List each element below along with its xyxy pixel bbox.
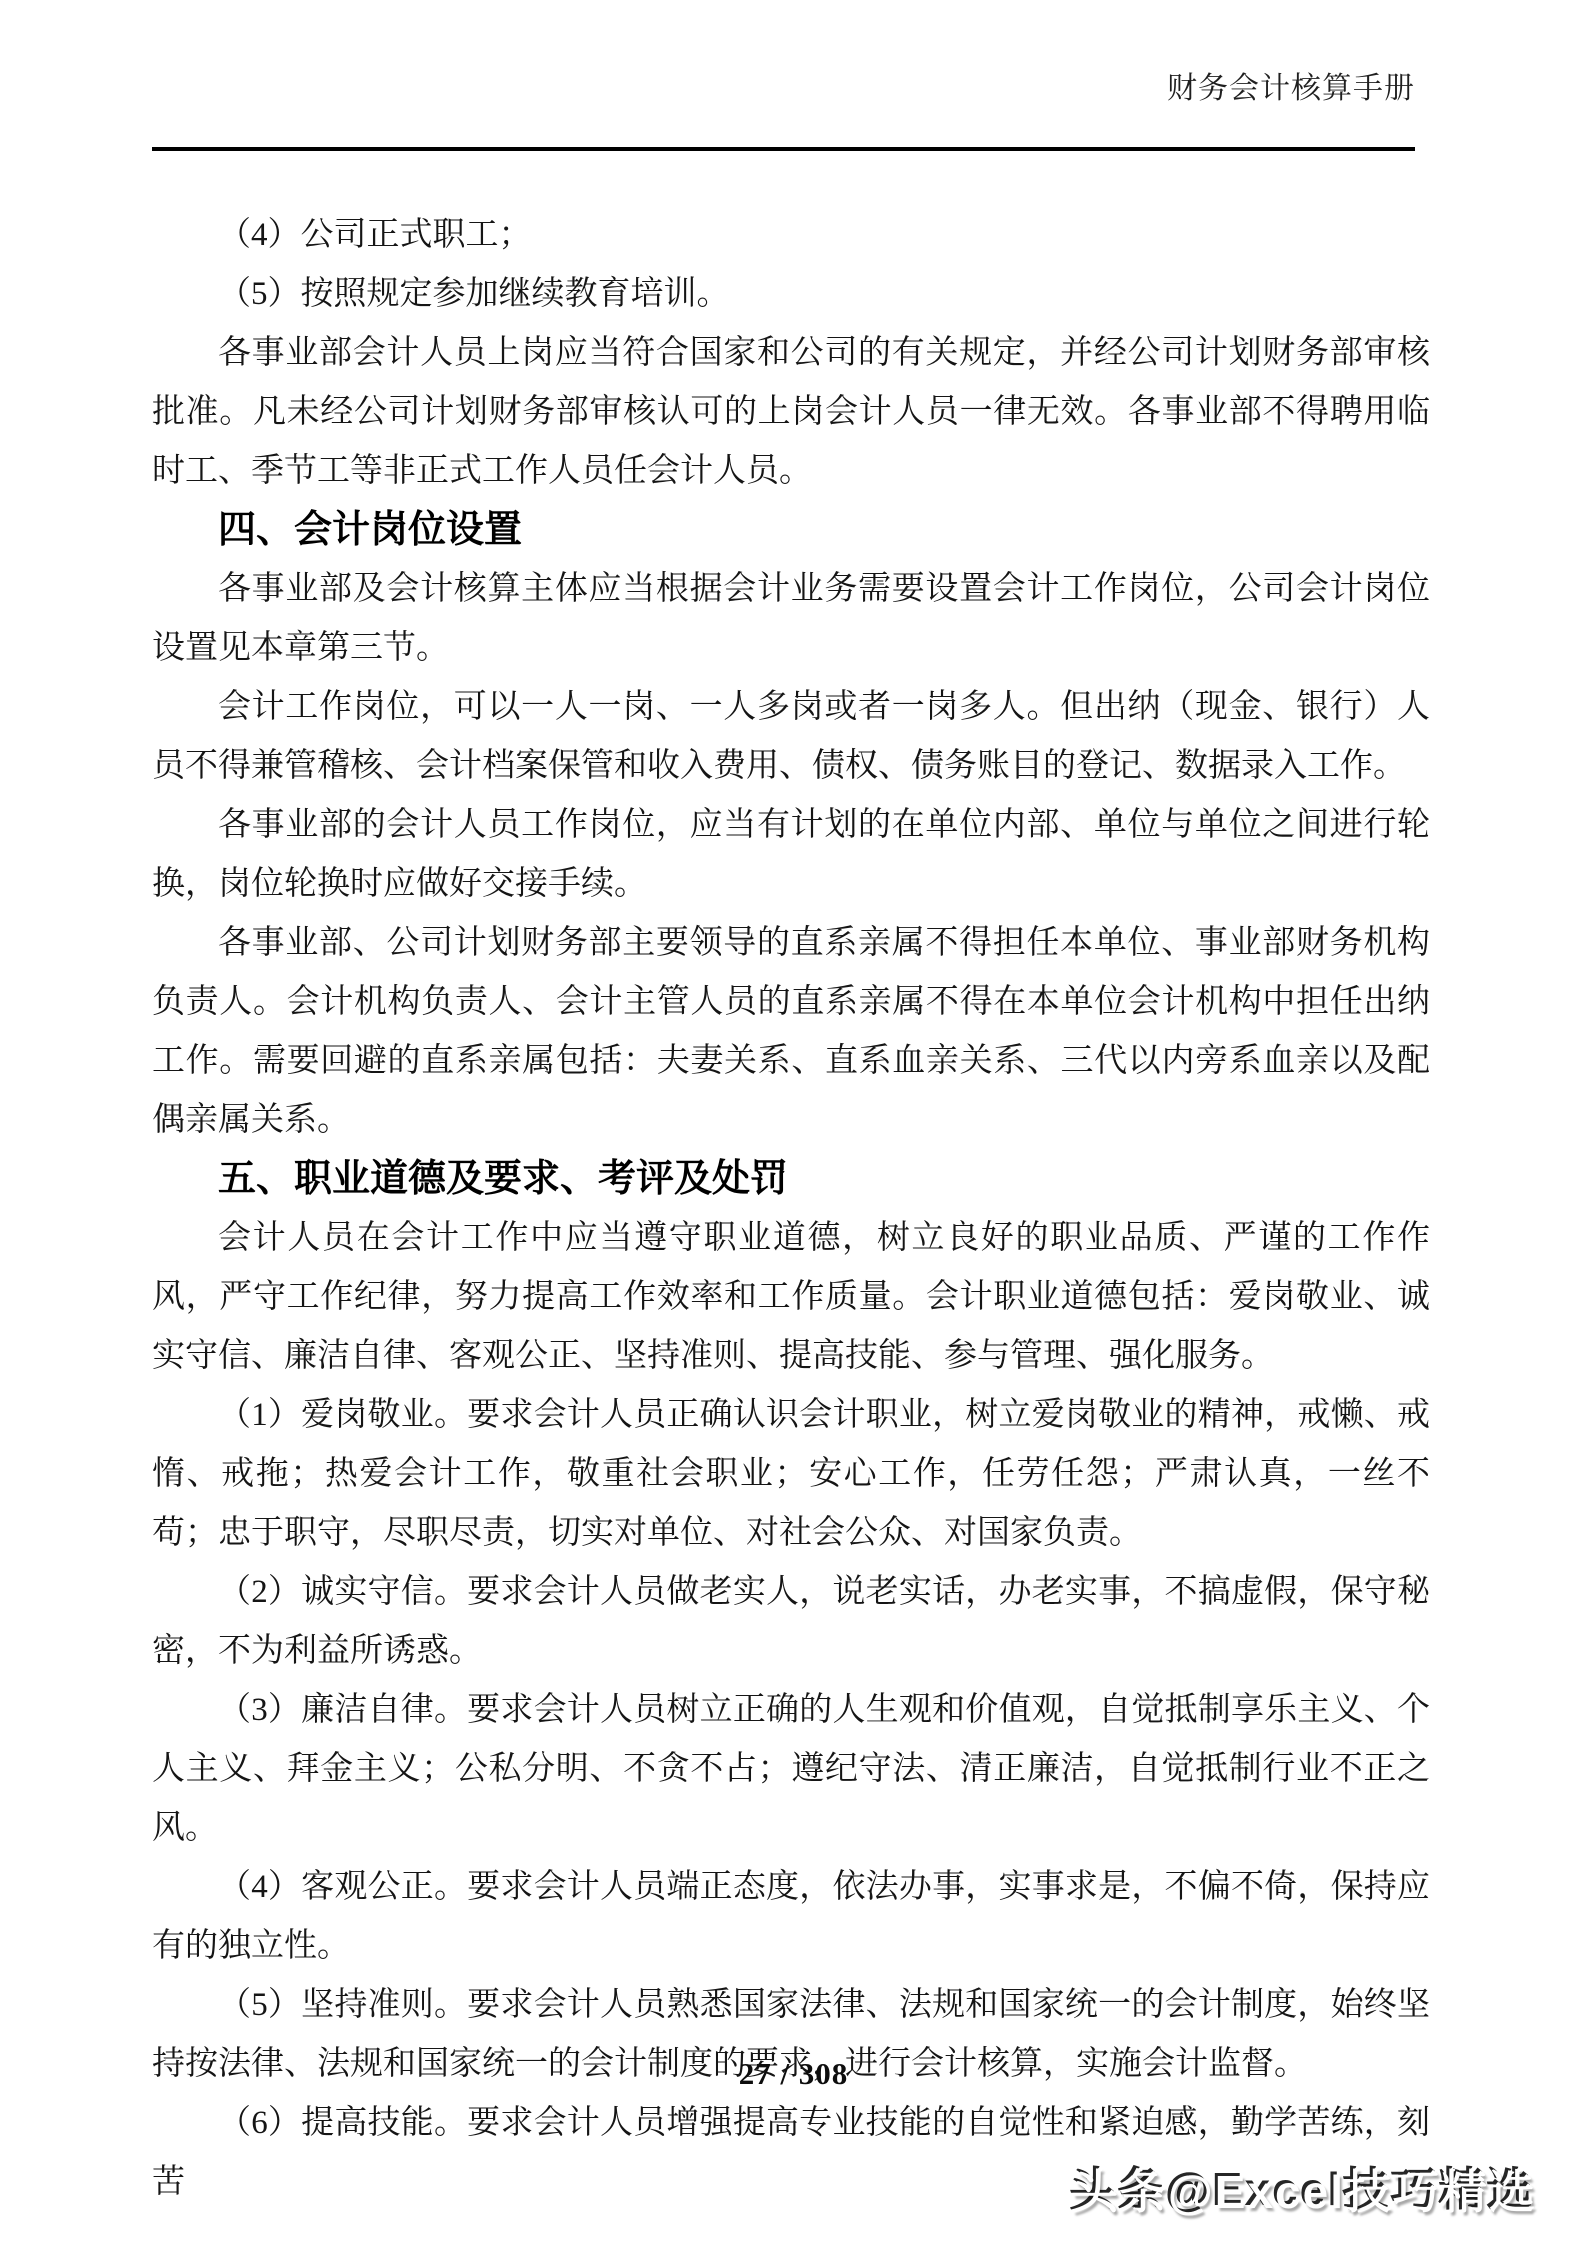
body-paragraph: 各事业部、公司计划财务部主要领导的直系亲属不得担任本单位、事业部财务机构负责人。… [152,914,1430,1150]
page-number: 27 / 308 [0,2056,1587,2092]
body-paragraph: 各事业部及会计核算主体应当根据会计业务需要设置会计工作岗位，公司会计岗位设置见本… [152,560,1430,678]
body-paragraph: （5）按照规定参加继续教育培训。 [152,265,1430,324]
body-paragraph: （1）爱岗敬业。要求会计人员正确认识会计职业，树立爱岗敬业的精神，戒懒、戒惰、戒… [152,1386,1430,1563]
body-paragraph: 各事业部会计人员上岗应当符合国家和公司的有关规定，并经公司计划财务部审核批准。凡… [152,324,1430,501]
body-paragraph: （4）客观公正。要求会计人员端正态度，依法办事，实事求是，不偏不倚，保持应有的独… [152,1858,1430,1976]
header-rule [152,147,1415,151]
body-paragraph: （3）廉洁自律。要求会计人员树立正确的人生观和价值观，自觉抵制享乐主义、个人主义… [152,1681,1430,1858]
section-heading: 五、职业道德及要求、考评及处罚 [152,1150,1430,1209]
body-paragraph: （2）诚实守信。要求会计人员做老实人，说老实话，办老实事，不搞虚假，保守秘密，不… [152,1563,1430,1681]
document-page: 财务会计核算手册 （4）公司正式职工； （5）按照规定参加继续教育培训。 各事业… [0,0,1587,2245]
body-paragraph: （4）公司正式职工； [152,206,1430,265]
section-heading: 四、会计岗位设置 [152,501,1430,560]
running-header-title: 财务会计核算手册 [152,70,1415,108]
body-paragraph: 各事业部的会计人员工作岗位，应当有计划的在单位内部、单位与单位之间进行轮换，岗位… [152,796,1430,914]
body-paragraph: 会计人员在会计工作中应当遵守职业道德，树立良好的职业品质、严谨的工作作风，严守工… [152,1209,1430,1386]
watermark: 头条@Excel技巧精选 [1072,2156,1537,2222]
body-paragraph: 会计工作岗位，可以一人一岗、一人多岗或者一岗多人。但出纳（现金、银行）人员不得兼… [152,678,1430,796]
document-body: （4）公司正式职工； （5）按照规定参加继续教育培训。 各事业部会计人员上岗应当… [152,206,1430,2212]
